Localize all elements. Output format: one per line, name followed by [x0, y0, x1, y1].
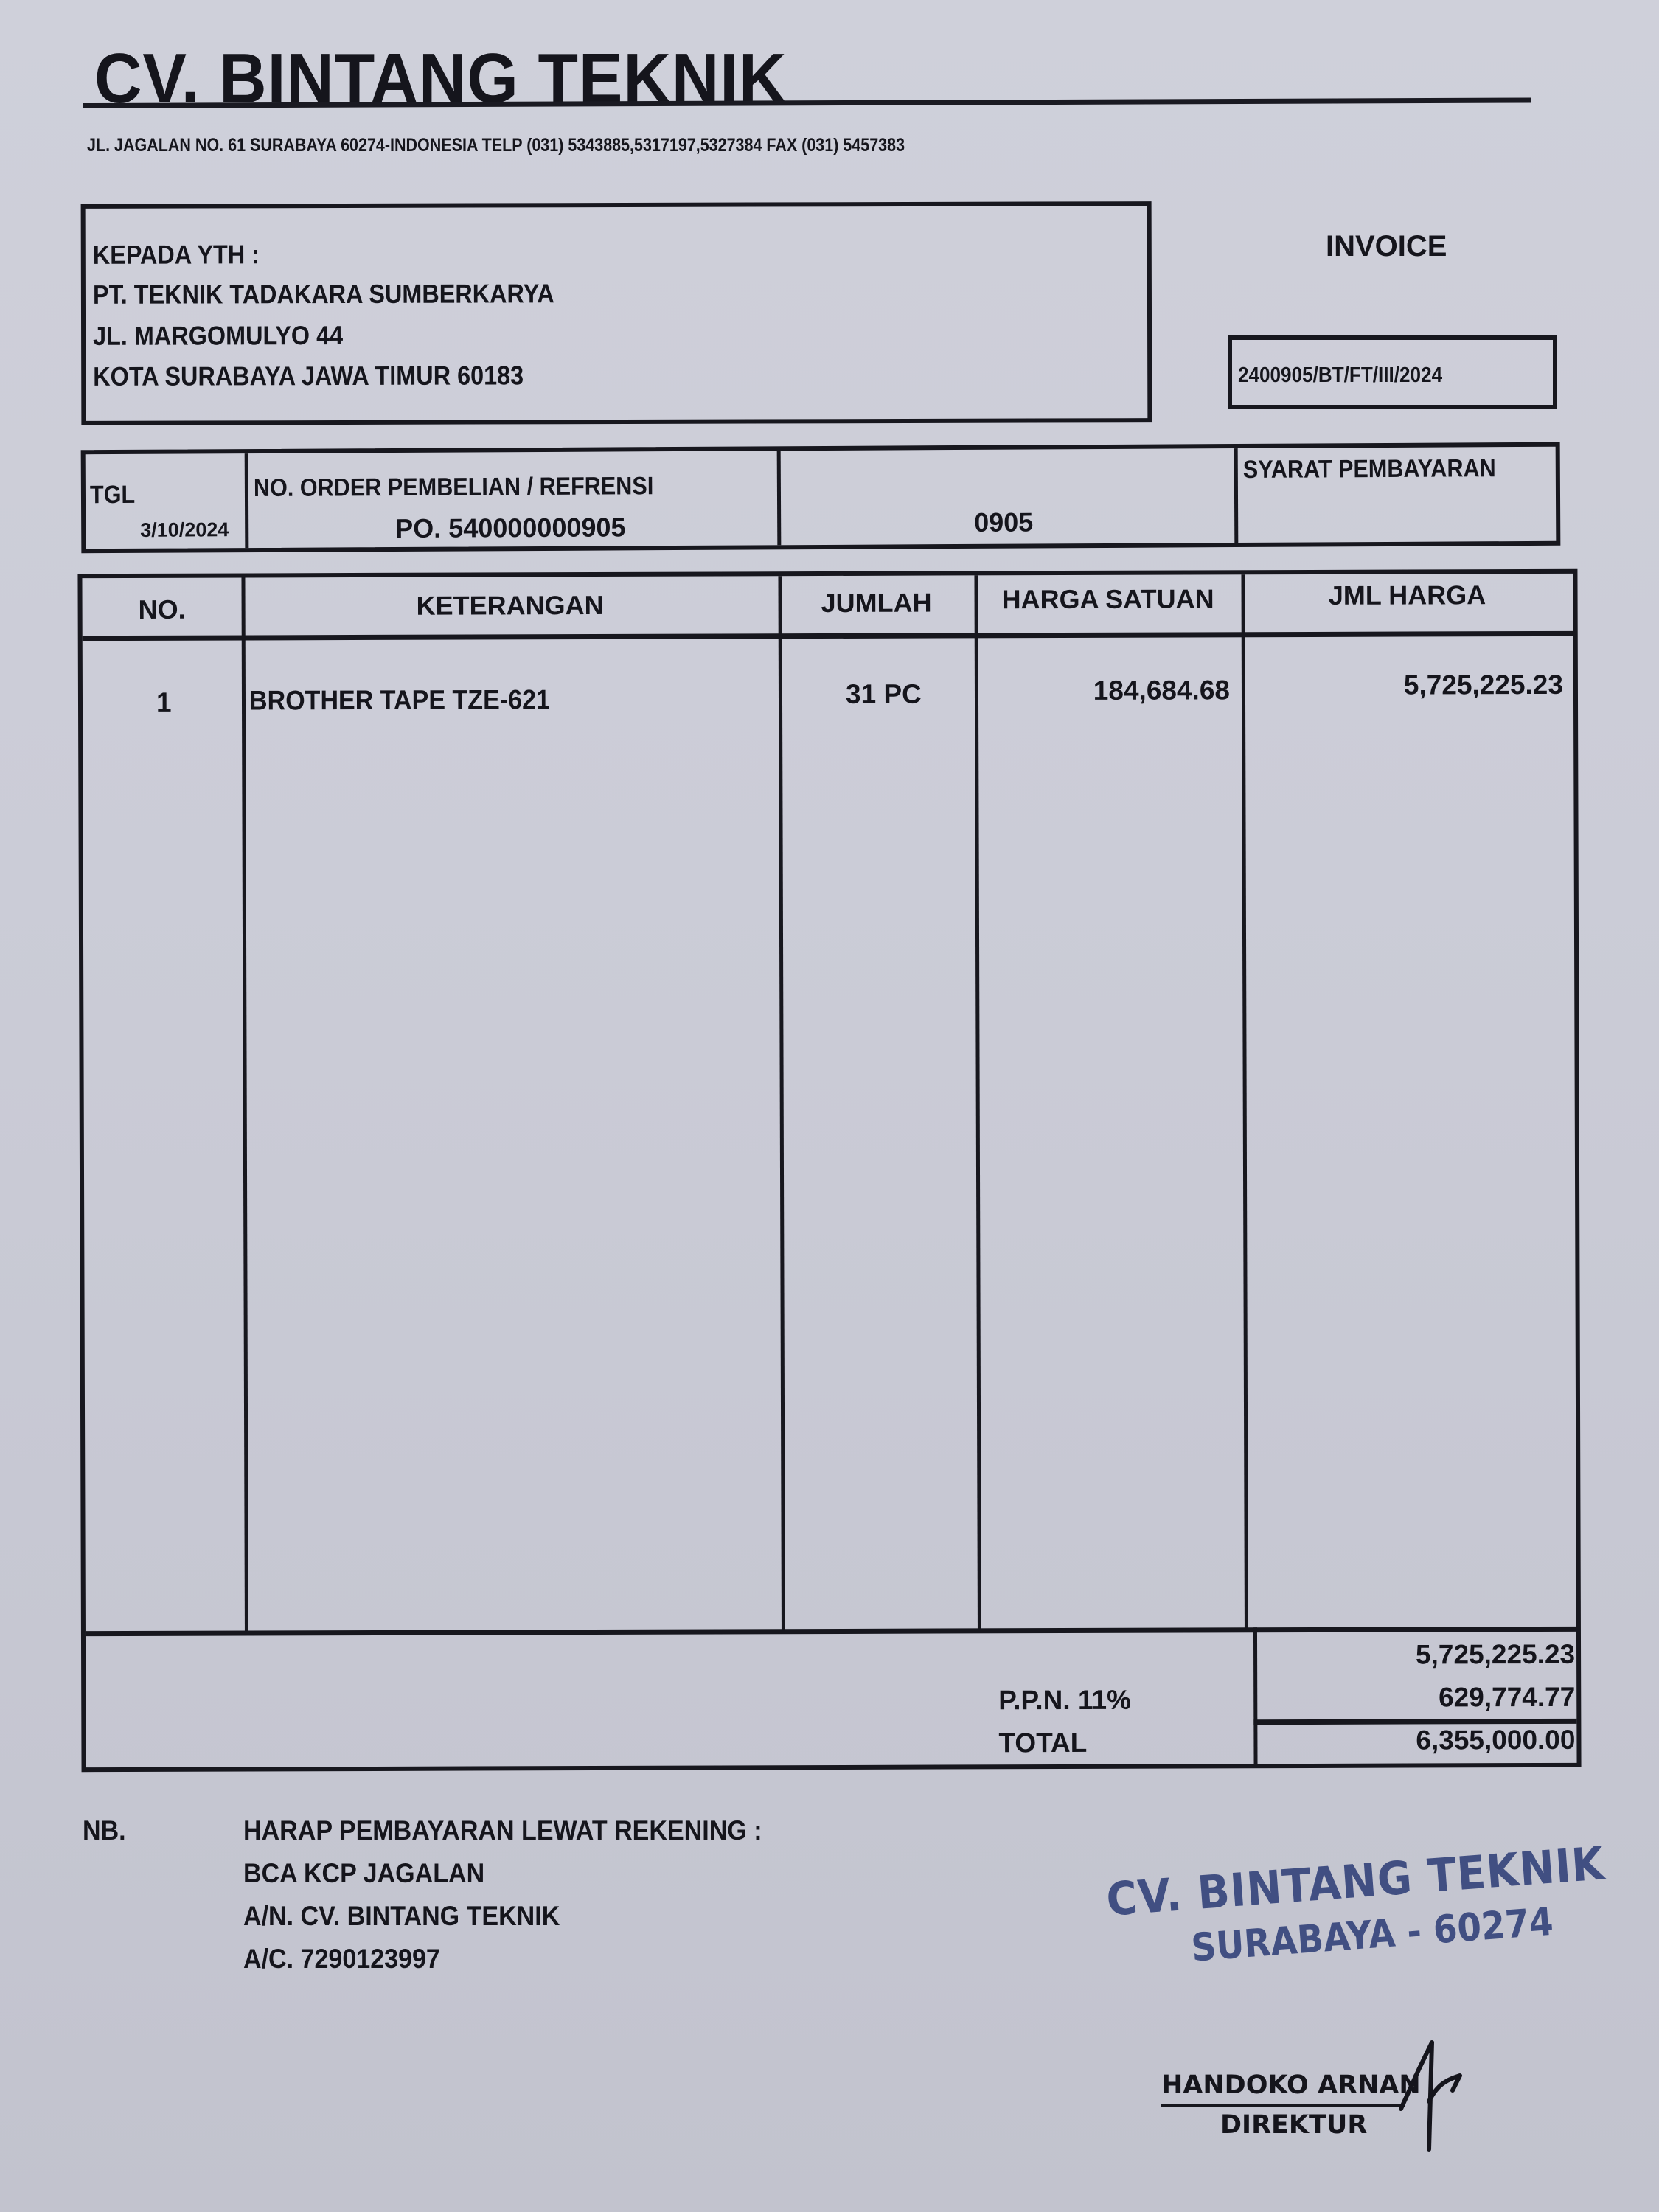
recipient-city: KOTA SURABAYA JAWA TIMUR 60183	[93, 360, 524, 392]
row-quantity: 31 PC	[846, 679, 922, 710]
total-label: TOTAL	[998, 1728, 1087, 1759]
tax-label: P.P.N. 11%	[998, 1685, 1131, 1717]
recipient-name: PT. TEKNIK TADAKARA SUMBERKARYA	[93, 278, 554, 310]
reference-row: TGL 3/10/2024 NO. ORDER PEMBELIAN / REFR…	[81, 442, 1561, 554]
row-no: 1	[156, 687, 172, 718]
po-value: PO. 540000000905	[395, 512, 625, 544]
notes-line: HARAP PEMBAYARAN LEWAT REKENING :	[243, 1815, 762, 1846]
row-unit-price: 184,684.68	[982, 675, 1230, 706]
signature-mark-icon	[1386, 2031, 1475, 2157]
invoice-title: INVOICE	[1326, 230, 1447, 263]
date-label: TGL	[90, 481, 135, 509]
subtotal-value: 5,725,225.23	[1261, 1639, 1575, 1671]
notes-account-number: A/C. 7290123997	[243, 1944, 440, 1975]
header-rule	[83, 631, 1573, 641]
company-address: JL. JAGALAN NO. 61 SURABAYA 60274-INDONE…	[87, 135, 905, 156]
tax-value: 629,774.77	[1261, 1682, 1575, 1714]
recipient-label: KEPADA YTH :	[93, 239, 260, 271]
total-rule	[1253, 1719, 1576, 1725]
notes-bank: BCA KCP JAGALAN	[243, 1858, 484, 1889]
row-description: BROTHER TAPE TZE-621	[249, 684, 550, 716]
row-line-total: 5,725,225.23	[1249, 669, 1563, 701]
signer-title: DIREKTUR	[1220, 2110, 1367, 2140]
notes-account-name: A/N. CV. BINTANG TEKNIK	[243, 1901, 560, 1932]
totals-rule	[86, 1627, 1576, 1636]
divider	[777, 451, 782, 545]
totals-divider	[1253, 1627, 1258, 1764]
date-value: 3/10/2024	[140, 518, 229, 542]
column-divider	[778, 576, 785, 1630]
divider	[245, 453, 249, 548]
po-label: NO. ORDER PEMBELIAN / REFRENSI	[254, 472, 654, 503]
notes-label: NB.	[83, 1815, 126, 1846]
invoice-number-box: 2400905/BT/FT/III/2024	[1228, 335, 1557, 409]
signature-rule	[1161, 2104, 1405, 2107]
payment-terms-label: SYARAT PEMBAYARAN	[1243, 454, 1496, 484]
reference-code: 0905	[974, 507, 1033, 538]
signer-name: HANDOKO ARNAN	[1161, 2070, 1421, 2100]
column-header-no: NO.	[83, 594, 242, 626]
column-header-jumlah: JUMLAH	[779, 587, 975, 619]
total-value: 6,355,000.00	[1261, 1725, 1575, 1756]
items-table: NO. KETERANGAN JUMLAH HARGA SATUAN JML H…	[77, 569, 1581, 1772]
column-divider	[1241, 574, 1248, 1629]
column-divider	[974, 575, 981, 1630]
column-header-harga-satuan: HARGA SATUAN	[975, 583, 1242, 615]
column-header-jml-harga: JML HARGA	[1241, 580, 1573, 611]
column-header-keterangan: KETERANGAN	[242, 589, 779, 622]
table-row: 1 BROTHER TAPE TZE-621 31 PC 184,684.68 …	[82, 574, 1573, 578]
divider	[1234, 448, 1239, 543]
recipient-box: KEPADA YTH : PT. TEKNIK TADAKARA SUMBERK…	[81, 201, 1152, 425]
invoice-number: 2400905/BT/FT/III/2024	[1238, 364, 1442, 388]
recipient-street: JL. MARGOMULYO 44	[93, 320, 343, 352]
column-divider	[241, 577, 248, 1632]
